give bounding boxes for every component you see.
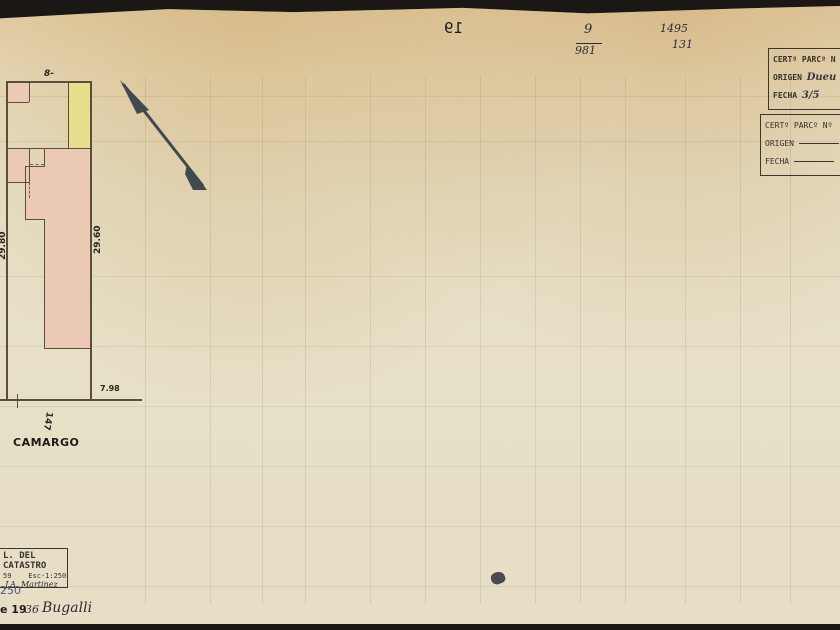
signature: Bugalli — [42, 600, 92, 616]
year-prefix: e 19 — [0, 603, 27, 616]
ref-bottom: 131 — [672, 38, 693, 51]
fraction-numerator: 9 — [584, 22, 592, 37]
north-arrow-icon — [115, 78, 210, 198]
front-width-label: 8- — [44, 69, 54, 79]
catastro-number: 250 — [0, 584, 21, 597]
corner-distance-label: 7.98 — [100, 384, 120, 393]
parcel-cert-stamp-1: CERTº PARCº N ORIGEN Dueu FECHA 3/5 — [768, 48, 840, 110]
fraction-denominator: 981 — [575, 44, 596, 57]
year-suffix: 36 — [25, 603, 39, 616]
catastro-stamp: L. DEL CATASTRO 59 Esc-1:250 J.A. Martin… — [0, 548, 68, 588]
ink-blot — [489, 570, 506, 586]
left-depth-label: 29.80 — [0, 232, 8, 260]
right-depth-label: 29.60 — [93, 226, 103, 254]
parcel-cert-stamp-2: CERTº PARCº Nº ORIGEN FECHA — [760, 114, 840, 176]
street-name: CAMARGO — [13, 436, 79, 449]
document-sheet: 19 9 981 1495 131 8- 29.80 29.60 7.98 — [0, 6, 840, 624]
sheet-number: 19 — [444, 19, 463, 37]
ref-top: 1495 — [660, 22, 688, 35]
street-number: 147 — [41, 411, 54, 431]
